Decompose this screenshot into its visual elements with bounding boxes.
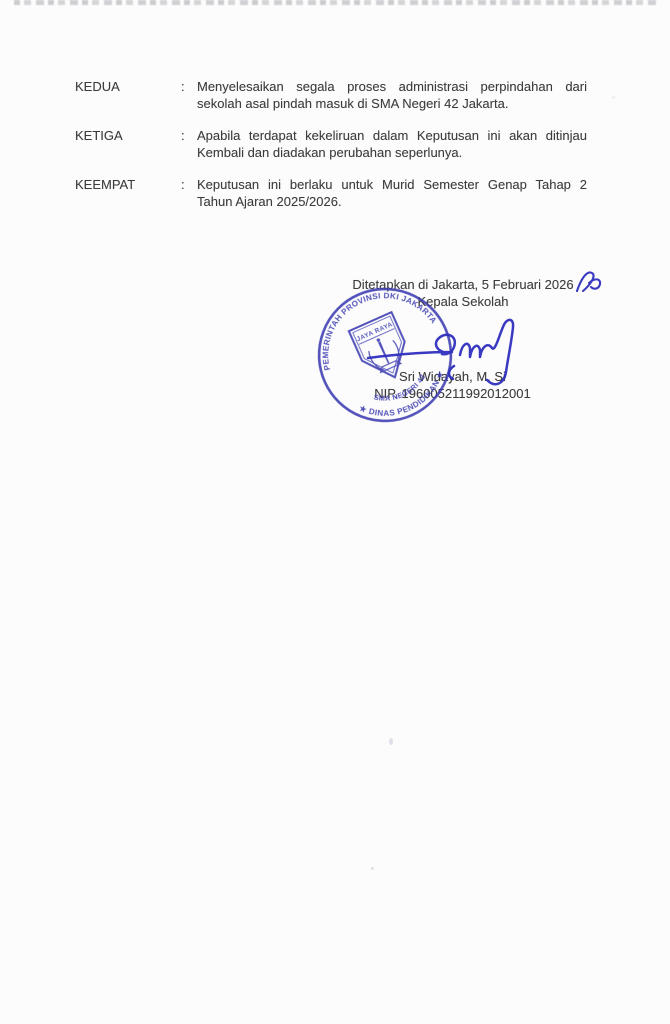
decree-clauses: KEDUA : Menyelesaikan segala proses admi… <box>75 79 587 226</box>
initial-paraph-mark <box>573 266 605 296</box>
scan-speckle <box>612 96 615 99</box>
clause-text-line: Kembali dan diadakan perubahan seperluny… <box>197 145 587 162</box>
clause-separator: : <box>181 177 197 210</box>
scan-speckle <box>389 738 393 745</box>
clause-text-line: Tahun Ajaran 2025/2026. <box>197 194 587 211</box>
decree-clause-kedua: KEDUA : Menyelesaikan segala proses admi… <box>75 79 587 112</box>
scan-speckle <box>371 867 374 870</box>
clause-text-line: sekolah asal pindah masuk di SMA Negeri … <box>197 96 587 113</box>
clause-label: KETIGA <box>75 128 181 161</box>
clause-separator: : <box>181 79 197 112</box>
clause-label: KEDUA <box>75 79 181 112</box>
clause-text: Menyelesaikan segala proses administrasi… <box>197 79 587 112</box>
signature-scribble <box>356 314 546 396</box>
clause-text-line: Menyelesaikan segala proses administrasi… <box>197 79 587 96</box>
clause-text-line: Keputusan ini berlaku untuk Murid Semest… <box>197 177 587 194</box>
clause-separator: : <box>181 128 197 161</box>
document-page: KEDUA : Menyelesaikan segala proses admi… <box>0 0 670 1024</box>
clause-text-line: Apabila terdapat kekeliruan dalam Keputu… <box>197 128 587 145</box>
cut-off-text-artifact <box>14 0 656 5</box>
clause-text: Keputusan ini berlaku untuk Murid Semest… <box>197 177 587 210</box>
decree-clause-keempat: KEEMPAT : Keputusan ini berlaku untuk Mu… <box>75 177 587 210</box>
clause-text: Apabila terdapat kekeliruan dalam Keputu… <box>197 128 587 161</box>
decree-clause-ketiga: KETIGA : Apabila terdapat kekeliruan dal… <box>75 128 587 161</box>
clause-label: KEEMPAT <box>75 177 181 210</box>
